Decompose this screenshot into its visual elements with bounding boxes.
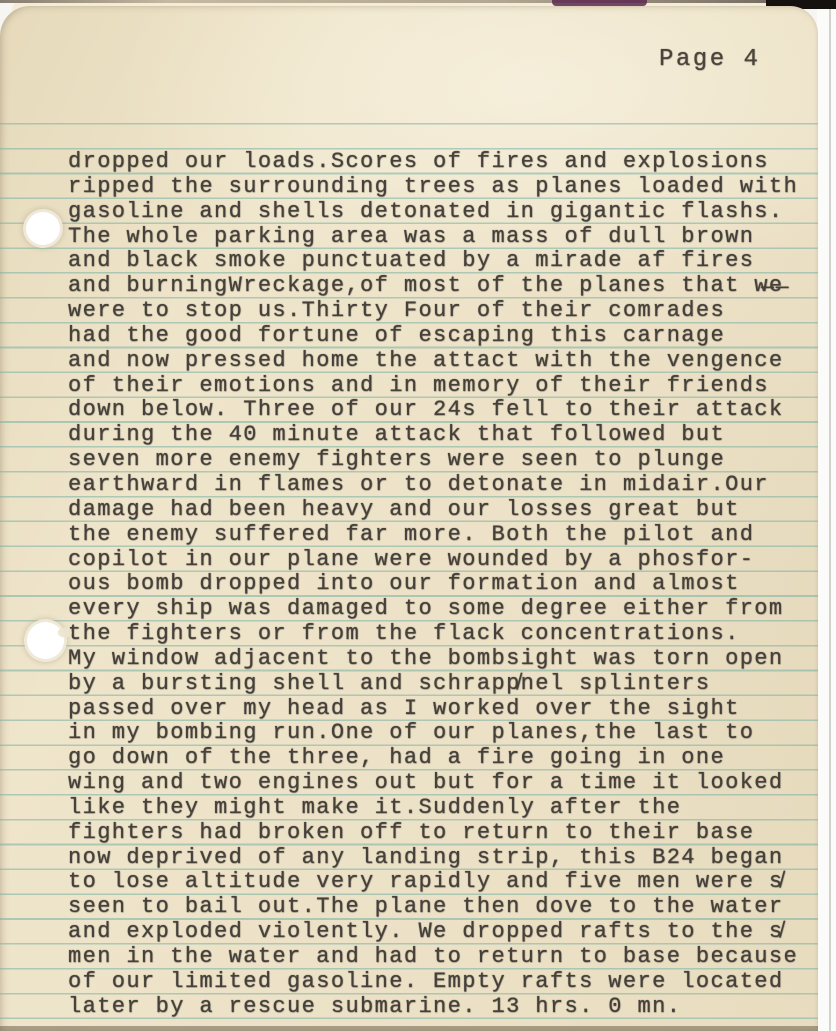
text-line-19: every ship was damaged to some degree ei…: [68, 597, 820, 622]
text-line-34: of our limited gasoline. Empty rafts wer…: [68, 970, 820, 995]
text-line-23: passed over my head as I worked over the…: [68, 697, 820, 722]
text-line-8: had the good fortune of escaping this ca…: [68, 324, 820, 349]
scan-top-edge: [0, 0, 836, 3]
text-line-12: during the 40 minute attack that followe…: [68, 423, 820, 448]
text-line-35: later by a rescue submarine. 13 hrs. 0 m…: [68, 995, 820, 1020]
text-line-33: men in the water and had to return to ba…: [68, 945, 820, 970]
text-line-11: down below. Three of our 24s fell to the…: [68, 398, 820, 423]
typewritten-text-block: dropped our loads.Scores of fires and ex…: [68, 150, 820, 1020]
text-line-6: and burningWreckage,of most of the plane…: [68, 274, 820, 299]
text-line-32: and exploded violently. We dropped rafts…: [68, 920, 820, 945]
text-line-9: and now pressed home the attact with the…: [68, 349, 820, 374]
text-line-21: My window adjacent to the bombsight was …: [68, 647, 820, 672]
text-line-14: earthward in flames or to detonate in mi…: [68, 473, 820, 498]
text-line-28: fighters had broken off to return to the…: [68, 821, 820, 846]
text-line-26: wing and two engines out but for a time …: [68, 771, 820, 796]
text-line-16: the enemy suffered far more. Both the pi…: [68, 523, 820, 548]
text-line-25: go down of the three, had a fire going i…: [68, 746, 820, 771]
notebook-page: Page 4 dropped our loads.Scores of fires…: [0, 6, 818, 1031]
text-line-5: and black smoke punctuated by a mirade a…: [68, 249, 820, 274]
scanned-document: Page 4 dropped our loads.Scores of fires…: [0, 0, 836, 1031]
text-line-13: seven more enemy fighters were seen to p…: [68, 448, 820, 473]
scanner-edge-line: [829, 0, 831, 1031]
text-line-20: the fighters or from the flack concentra…: [68, 622, 820, 647]
text-line-24: in my bombing run.One of our planes,the …: [68, 721, 820, 746]
text-line-10: of their emotions and in memory of their…: [68, 374, 820, 399]
text-line-15: damage had been heavy and our losses gre…: [68, 498, 820, 523]
text-line-18: ous bomb dropped into our formation and …: [68, 572, 820, 597]
text-line-30: to lose altitude very rapidly and five m…: [68, 870, 820, 895]
text-line-4: The whole parking area was a mass of dul…: [68, 225, 820, 250]
text-line-31: seen to bail out.The plane then dove to …: [68, 895, 820, 920]
text-line-3: gasoline and shells detonated in giganti…: [68, 200, 820, 225]
text-line-1: dropped our loads.Scores of fires and ex…: [68, 150, 820, 175]
text-line-2: ripped the surrounding trees as planes l…: [68, 175, 820, 200]
page-bottom-edge: [0, 1026, 818, 1031]
text-line-17: copilot in our plane were wounded by a p…: [68, 548, 820, 573]
page-number: Page 4: [659, 46, 760, 73]
text-line-22: by a bursting shell and schrapp̸nel spli…: [68, 672, 820, 697]
text-line-29: now deprived of any landing strip, this …: [68, 846, 820, 871]
text-line-7: were to stop us.Thirty Four of their com…: [68, 299, 820, 324]
text-line-27: like they might make it.Suddenly after t…: [68, 796, 820, 821]
